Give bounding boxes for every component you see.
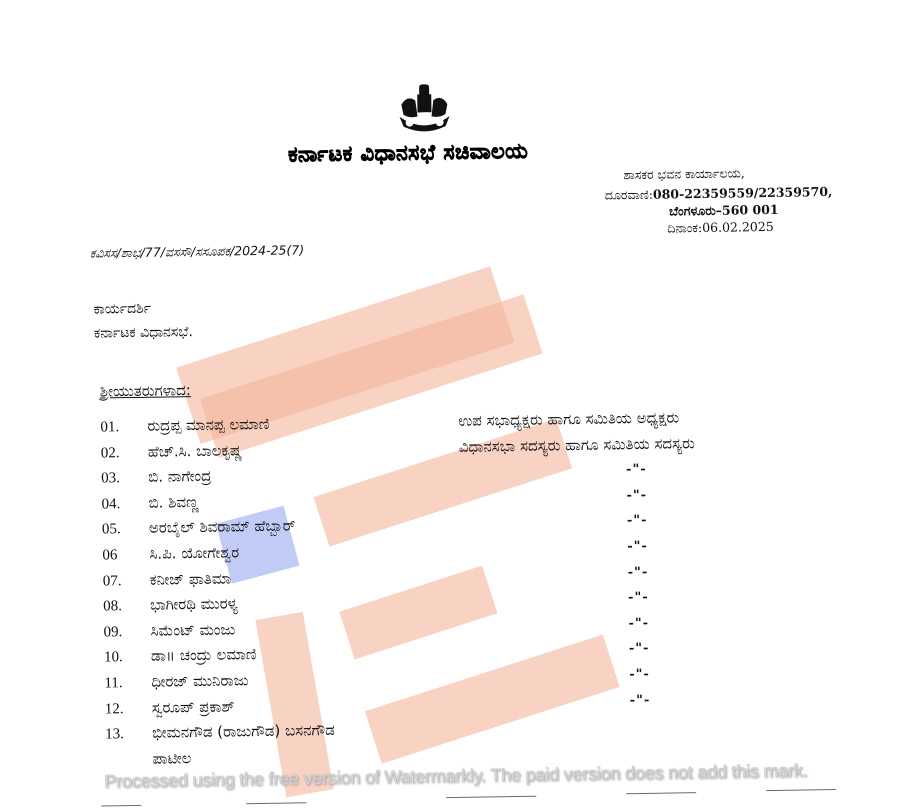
member-number: 05. — [102, 522, 121, 539]
office-title: ಕರ್ನಾಟಕ ವಿಧಾನಸಭೆ ಸಚಿವಾಲಯ — [288, 139, 528, 168]
state-emblem-icon — [393, 82, 456, 135]
member-name-continuation: ಪಾಟೀಲ — [152, 749, 191, 768]
address-line: ಶಾಸಕರ ಭವನ ಕಾರ್ಯಾಲಯ, — [623, 165, 745, 183]
member-name: ಧೀರಜ್ ಮುನಿರಾಜು — [151, 671, 248, 691]
ditto-mark: -"- — [626, 488, 647, 503]
member-number: 12. — [105, 701, 124, 718]
ditto-mark: -"- — [627, 539, 648, 554]
ditto-mark: -"- — [630, 692, 651, 707]
member-name: ಸಿಮೆಂಟ್ ಮಂಜು — [150, 620, 235, 639]
member-name: ಹೆಚ್.ಸಿ. ಬಾಲಕೃಷ್ಣ — [148, 441, 243, 460]
member-name: ಬಿ. ನಾಗೇಂದ್ರ — [148, 467, 212, 486]
member-number: 07. — [103, 573, 122, 590]
ditto-mark: -"- — [626, 462, 647, 477]
date-label: ದಿನಾಂಕ: — [667, 220, 702, 236]
member-number: 09. — [103, 624, 122, 641]
ditto-mark: -"- — [629, 667, 650, 682]
date-value: 06.02.2025 — [702, 219, 774, 235]
recipient-designation: ಕಾರ್ಯದರ್ಶಿ — [93, 301, 151, 318]
member-number: 13. — [105, 726, 124, 743]
salutation: ಶ್ರೀಯುತರುಗಳಾದ: — [100, 381, 191, 400]
member-number: 06 — [102, 547, 117, 564]
member-number: 01. — [100, 419, 119, 436]
member-name: ರುದ್ರಪ್ಪ ಮಾನಪ್ಪ ಲಮಾಣಿ — [147, 415, 269, 435]
member-name: ಕನೀಜ್ ಫಾತಿಮಾ — [150, 569, 232, 588]
member-number: 11. — [104, 675, 122, 692]
date-line: ದಿನಾಂಕ:06.02.2025 — [667, 219, 774, 237]
scan-artifact — [446, 796, 536, 798]
member-name: ಭಾಗೀರಥಿ ಮುರಳ್ಯ — [150, 595, 238, 614]
phone-line: ದೂರವಾಣಿ:080-22359559/22359570, — [605, 184, 833, 204]
phone-label: ದೂರವಾಣಿ: — [605, 187, 653, 203]
member-number: 10. — [104, 650, 123, 667]
member-name: ಬಿ. ಶಿವಣ್ಣ — [148, 493, 198, 512]
member-name: ಡಾ॥ ಚಂದ್ರು ಲಮಾಣಿ — [151, 645, 257, 665]
letter-page: ಕರ್ನಾಟಕ ವಿಧಾನಸಭೆ ಸಚಿವಾಲಯ ಶಾಸಕರ ಭವನ ಕಾರ್ಯ… — [0, 0, 900, 811]
ditto-mark: -"- — [628, 565, 649, 580]
member-number: 08. — [103, 598, 122, 615]
reference-number: ಕವಿಸಸ/ಶಾಭ/77/ವಸಸೌ/ಸಸೂಪಕ/2024-25(7) — [90, 242, 305, 261]
ditto-mark: -"- — [627, 513, 648, 528]
ditto-mark: -"- — [629, 641, 650, 656]
scan-artifact — [626, 792, 696, 794]
scan-artifact — [101, 805, 141, 807]
scan-artifact — [246, 802, 306, 804]
phone-value: 080-22359559/22359570, — [653, 184, 833, 202]
member-name: ಅರಬೈಲ್ ಶಿವರಾಮ್ ಹೆಬ್ಬಾರ್ — [149, 517, 296, 537]
ditto-mark: -"- — [628, 616, 649, 631]
ditto-mark: -"- — [628, 590, 649, 605]
scan-artifact — [766, 789, 836, 791]
city-line: ಬೆಂಗಳೂರು–560 001 — [669, 202, 779, 220]
member-name: ಭೀಮನಗೌಡ (ರಾಜುಗೌಡ) ಬಸನಗೌಡ — [152, 721, 335, 742]
member-number: 02. — [101, 445, 120, 462]
member-name: ಸ್ವರೂಪ್ ಪ್ರಕಾಶ್ — [152, 697, 235, 716]
member-list: 01.ರುದ್ರಪ್ಪ ಮಾನಪ್ಪ ಲಮಾಣಿಉಪ ಸಭಾಧ್ಯಕ್ಷರು ಹ… — [0, 0, 894, 7]
member-name: ಸಿ.ಪಿ. ಯೋಗೇಶ್ವರ — [149, 543, 239, 562]
recipient-organization: ಕರ್ನಾಟಕ ವಿಧಾನಸಭೆ. — [94, 324, 193, 342]
member-role: ಉಪ ಸಭಾಧ್ಯಕ್ಷರು ಹಾಗೂ ಸಮಿತಿಯ ಅಧ್ಯಕ್ಷರು — [458, 408, 679, 429]
member-number: 04. — [101, 496, 120, 513]
member-number: 03. — [101, 470, 120, 487]
member-role: ವಿಧಾನಸಭಾ ಸದಸ್ಯರು ಹಾಗೂ ಸಮಿತಿಯ ಸದಸ್ಯರು — [459, 434, 695, 456]
